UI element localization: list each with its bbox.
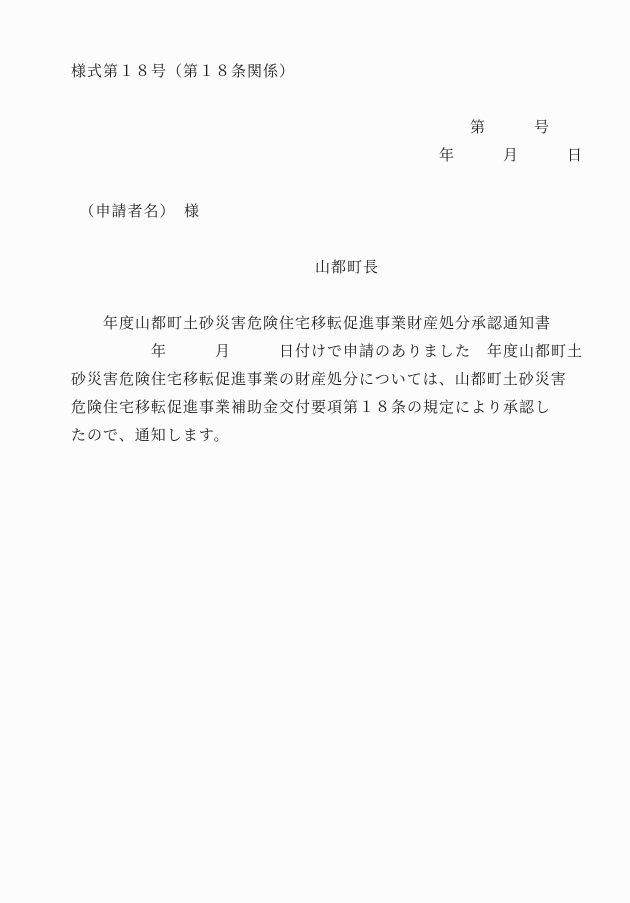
spacer xyxy=(0,170,630,198)
document-title: 年度山都町土砂災害危険住宅移転促進事業財産処分承認通知書 xyxy=(0,310,630,338)
spacer xyxy=(0,282,630,310)
body-line-3: 危険住宅移転促進事業補助金交付要項第１８条の規定により承認し xyxy=(0,394,630,422)
addressee-line: （申請者名） 様 xyxy=(0,198,630,226)
form-number: 様式第１８号（第１８条関係） xyxy=(0,58,630,86)
spacer xyxy=(0,86,630,114)
date-blank: 年 月 日 xyxy=(0,142,630,170)
body-line-2: 砂災害危険住宅移転促進事業の財産処分については、山都町土砂災害 xyxy=(0,366,630,394)
sender-line: 山都町長 xyxy=(0,254,630,282)
body-line-1: 年 月 日付けで申請のありました 年度山都町土 xyxy=(0,338,630,366)
document-number-blank: 第 号 xyxy=(0,114,630,142)
document-page: 様式第１８号（第１８条関係） 第 号 年 月 日 （申請者名） 様 山都町長 年… xyxy=(0,0,630,903)
spacer xyxy=(0,226,630,254)
body-line-4: たので、通知します。 xyxy=(0,422,630,450)
